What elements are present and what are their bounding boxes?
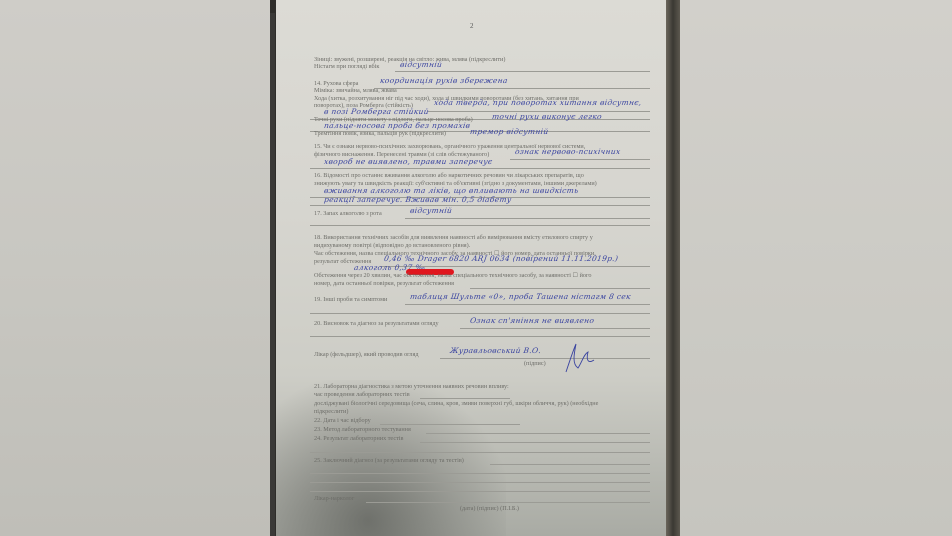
mimic-label: Міміка: звичайна, млява, жвава [314, 87, 397, 95]
narcologist-caption: (дата) (підпис) (П.І.Б.) [460, 505, 519, 513]
s21-label: 21. Лабораторна діагностика з метою уточ… [314, 383, 509, 391]
paper-sheet: 2 Зіниці: звужені, розширені, реакція на… [276, 0, 666, 536]
s20-value: Ознак сп'яніння не виявлено [469, 317, 594, 325]
signature-caption: (підпис) [524, 360, 546, 368]
gait-value-2: в позі Ромберга стійкий [323, 108, 429, 116]
s18-value: 0,46 ‰ Drager 6820 ARJ 0634 (повірений 1… [383, 255, 618, 263]
nystagmus-value: відсутній [399, 61, 442, 69]
blurred-background-left [0, 0, 270, 536]
s21-time-label: час проведення лабораторних тестів [314, 391, 410, 399]
nystagmus-label: Ністагм при погляді вбік [314, 63, 379, 71]
s17-label: 17. Запах алкоголю з рота [314, 210, 382, 218]
s15-value: ознак нервово-психічних [514, 148, 621, 156]
desk-edge-left [270, 13, 275, 536]
doctor-label: Лікар (фельдшер), який проводив огляд [314, 351, 419, 359]
gait-value: хода тверда, при поворотах хитання відсу… [433, 99, 642, 107]
tremor-value: тремор відсутній [469, 128, 549, 136]
s20-label: 20. Висновок та діагноз за результатами … [314, 320, 439, 328]
finger-value-2: пальце-носова проба без промахів [323, 122, 470, 130]
s18-label-2: видихуваному повітрі (відповідно до вста… [314, 242, 470, 250]
s18-repeat-label-2: номер, дата останньої повірки, результат… [314, 280, 454, 288]
s16-value-2: реакції заперечує. Вживав мін. 0,5 діабе… [323, 196, 512, 204]
signature-scribble [558, 340, 598, 376]
s21-sample-label: досліджувані біологічні середовища (сеча… [314, 400, 598, 408]
s18-repeat-label: Обстеження через 20 хвилин, час обстежен… [314, 272, 591, 280]
page-number: 2 [470, 22, 474, 30]
s24-label: 24. Результат лабораторних тестів [314, 435, 403, 443]
s23-label: 23. Метод лабораторного тестування [314, 426, 411, 434]
document-photo: 2 Зіниці: звужені, розширені, реакція на… [270, 0, 680, 536]
s18-label: 18. Використання технічних засобів для в… [314, 234, 593, 242]
narcologist-label: Лікар-нарколог [314, 495, 354, 503]
s19-label: 19. Інші проби та симптоми [314, 296, 387, 304]
s21-sample-label-2: підкреслити) [314, 408, 348, 416]
s19-value: таблиця Шульте «0», проба Ташена ністагм… [409, 293, 631, 301]
s25-label: 25. Заключний діагноз (за результатами о… [314, 457, 464, 465]
s14-value: координація рухів збережена [379, 77, 508, 85]
desk-edge-right [666, 0, 680, 536]
s22-label: 22. Дата і час відбору [314, 417, 371, 425]
s17-value: відсутній [409, 207, 452, 215]
s16-value: вживання алкоголю та ліків, що впливають… [323, 187, 579, 195]
finger-value: точні рухи виконує легко [491, 113, 602, 121]
blurred-background-right [680, 0, 952, 536]
doctor-name: Журавльовський В.О. [449, 347, 541, 355]
s16-label: 16. Відомості про останнє вживання алког… [314, 172, 584, 180]
s15-value-2: хвороб не виявлено, травми заперечує [323, 158, 493, 166]
tremor-label: Тремтіння повік, язика, пальців рук (під… [314, 130, 446, 138]
